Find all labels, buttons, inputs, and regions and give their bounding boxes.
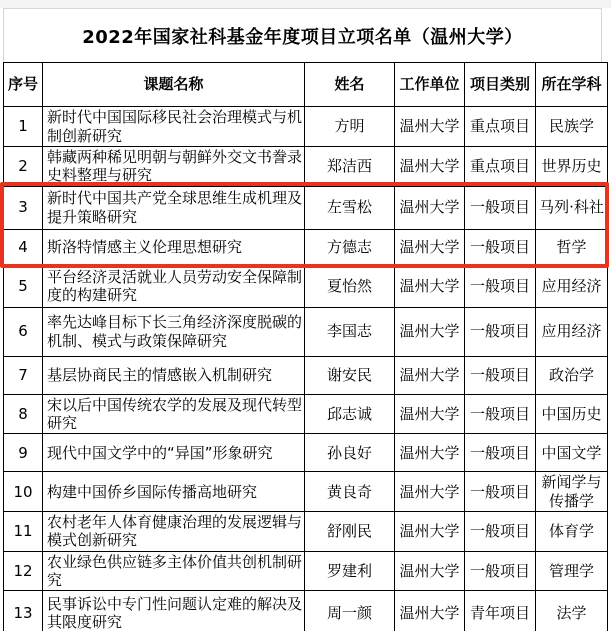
cell-name: 夏怡然 [305, 265, 395, 307]
cell-discipline: 世界历史 [536, 147, 608, 187]
cell-topic: 韩藏两种稀见明朝与朝鲜外交文书誊录史料整理与研究 [43, 147, 305, 187]
cell-no: 12 [4, 551, 43, 591]
cell-name: 郑洁西 [305, 147, 395, 187]
cell-no: 7 [4, 356, 43, 394]
cell-unit: 温州大学 [395, 512, 465, 552]
cell-unit: 温州大学 [395, 186, 465, 229]
cell-discipline: 体育学 [536, 512, 608, 552]
cell-discipline: 管理学 [536, 551, 608, 591]
cell-unit: 温州大学 [395, 551, 465, 591]
column-header: 所在学科 [536, 63, 608, 107]
cell-topic: 新时代中国国际移民社会治理模式与机制创新研究 [43, 107, 305, 147]
table-row: 7基层协商民主的情感嵌入机制研究谢安民温州大学一般项目政治学 [4, 356, 608, 394]
cell-category: 一般项目 [465, 512, 536, 552]
cell-topic: 农业绿色供应链多主体价值共创机制研究 [43, 551, 305, 591]
table-row: 2韩藏两种稀见明朝与朝鲜外交文书誊录史料整理与研究郑洁西温州大学重点项目世界历史 [4, 147, 608, 187]
cell-name: 孙良好 [305, 434, 395, 472]
cell-category: 一般项目 [465, 434, 536, 472]
cell-category: 重点项目 [465, 147, 536, 187]
cell-topic: 斯洛特情感主义伦理思想研究 [43, 229, 305, 265]
cell-unit: 温州大学 [395, 472, 465, 512]
cell-discipline: 中国文学 [536, 434, 608, 472]
table-row: 1新时代中国国际移民社会治理模式与机制创新研究方明温州大学重点项目民族学 [4, 107, 608, 147]
cell-no: 2 [4, 147, 43, 187]
cell-category: 一般项目 [465, 265, 536, 307]
table-row: 13民事诉讼中专门性问题认定难的解决及其限度研究周一颜温州大学青年项目法学 [4, 591, 608, 631]
projects-table: 序号课题名称姓名工作单位项目类别所在学科 1新时代中国国际移民社会治理模式与机制… [3, 62, 608, 631]
cell-topic: 农村老年人体育健康治理的发展逻辑与模式创新研究 [43, 512, 305, 552]
column-header: 工作单位 [395, 63, 465, 107]
cell-discipline: 法学 [536, 591, 608, 631]
cell-no: 9 [4, 434, 43, 472]
cell-no: 3 [4, 186, 43, 229]
cell-name: 方德志 [305, 229, 395, 265]
cell-discipline: 中国历史 [536, 394, 608, 434]
cell-unit: 温州大学 [395, 147, 465, 187]
cell-topic: 平台经济灵活就业人员劳动安全保障制度的构建研究 [43, 265, 305, 307]
cell-category: 一般项目 [465, 186, 536, 229]
cell-no: 8 [4, 394, 43, 434]
column-header: 序号 [4, 63, 43, 107]
cell-unit: 温州大学 [395, 434, 465, 472]
cell-category: 一般项目 [465, 229, 536, 265]
cell-category: 一般项目 [465, 307, 536, 356]
cell-unit: 温州大学 [395, 265, 465, 307]
cell-no: 13 [4, 591, 43, 631]
cell-discipline: 政治学 [536, 356, 608, 394]
cell-discipline: 新闻学与传播学 [536, 472, 608, 512]
cell-category: 一般项目 [465, 551, 536, 591]
table-row: 11农村老年人体育健康治理的发展逻辑与模式创新研究舒刚民温州大学一般项目体育学 [4, 512, 608, 552]
cell-name: 李国志 [305, 307, 395, 356]
table-row: 8宋以后中国传统农学的发展及现代转型研究邱志诚温州大学一般项目中国历史 [4, 394, 608, 434]
cell-name: 罗建利 [305, 551, 395, 591]
table-row: 9现代中国文学中的“异国”形象研究孙良好温州大学一般项目中国文学 [4, 434, 608, 472]
cell-topic: 率先达峰目标下长三角经济深度脱碳的机制、模式与政策保障研究 [43, 307, 305, 356]
cell-category: 青年项目 [465, 591, 536, 631]
table-row: 6率先达峰目标下长三角经济深度脱碳的机制、模式与政策保障研究李国志温州大学一般项… [4, 307, 608, 356]
top-strip [0, 0, 611, 8]
cell-discipline: 民族学 [536, 107, 608, 147]
cell-category: 重点项目 [465, 107, 536, 147]
table-row: 5平台经济灵活就业人员劳动安全保障制度的构建研究夏怡然温州大学一般项目应用经济 [4, 265, 608, 307]
page-title: 2022年国家社科基金年度项目立项名单（温州大学） [82, 23, 523, 49]
cell-name: 谢安民 [305, 356, 395, 394]
cell-no: 6 [4, 307, 43, 356]
table-row: 12农业绿色供应链多主体价值共创机制研究罗建利温州大学一般项目管理学 [4, 551, 608, 591]
cell-discipline: 哲学 [536, 229, 608, 265]
cell-name: 周一颜 [305, 591, 395, 631]
column-header: 课题名称 [43, 63, 305, 107]
cell-category: 一般项目 [465, 356, 536, 394]
column-header: 项目类别 [465, 63, 536, 107]
cell-category: 一般项目 [465, 394, 536, 434]
cell-topic: 民事诉讼中专门性问题认定难的解决及其限度研究 [43, 591, 305, 631]
cell-name: 方明 [305, 107, 395, 147]
cell-unit: 温州大学 [395, 307, 465, 356]
cell-no: 11 [4, 512, 43, 552]
cell-no: 4 [4, 229, 43, 265]
cell-no: 10 [4, 472, 43, 512]
cell-name: 左雪松 [305, 186, 395, 229]
cell-topic: 新时代中国共产党全球思维生成机理及提升策略研究 [43, 186, 305, 229]
cell-unit: 温州大学 [395, 356, 465, 394]
cell-no: 5 [4, 265, 43, 307]
cell-discipline: 马列·科社 [536, 186, 608, 229]
cell-category: 一般项目 [465, 472, 536, 512]
cell-name: 邱志诚 [305, 394, 395, 434]
cell-name: 黄良奇 [305, 472, 395, 512]
cell-unit: 温州大学 [395, 229, 465, 265]
table-body: 1新时代中国国际移民社会治理模式与机制创新研究方明温州大学重点项目民族学2韩藏两… [4, 107, 608, 631]
header-row: 序号课题名称姓名工作单位项目类别所在学科 [4, 63, 608, 107]
cell-unit: 温州大学 [395, 394, 465, 434]
table-row: 4斯洛特情感主义伦理思想研究方德志温州大学一般项目哲学 [4, 229, 608, 265]
cell-unit: 温州大学 [395, 107, 465, 147]
cell-topic: 宋以后中国传统农学的发展及现代转型研究 [43, 394, 305, 434]
cell-name: 舒刚民 [305, 512, 395, 552]
cell-no: 1 [4, 107, 43, 147]
table-row: 10构建中国侨乡国际传播高地研究黄良奇温州大学一般项目新闻学与传播学 [4, 472, 608, 512]
cell-unit: 温州大学 [395, 591, 465, 631]
cell-topic: 构建中国侨乡国际传播高地研究 [43, 472, 305, 512]
cell-topic: 现代中国文学中的“异国”形象研究 [43, 434, 305, 472]
cell-topic: 基层协商民主的情感嵌入机制研究 [43, 356, 305, 394]
table-row: 3新时代中国共产党全球思维生成机理及提升策略研究左雪松温州大学一般项目马列·科社 [4, 186, 608, 229]
column-header: 姓名 [305, 63, 395, 107]
cell-discipline: 应用经济 [536, 307, 608, 356]
cell-discipline: 应用经济 [536, 265, 608, 307]
title-box: 2022年国家社科基金年度项目立项名单（温州大学） [3, 8, 602, 62]
